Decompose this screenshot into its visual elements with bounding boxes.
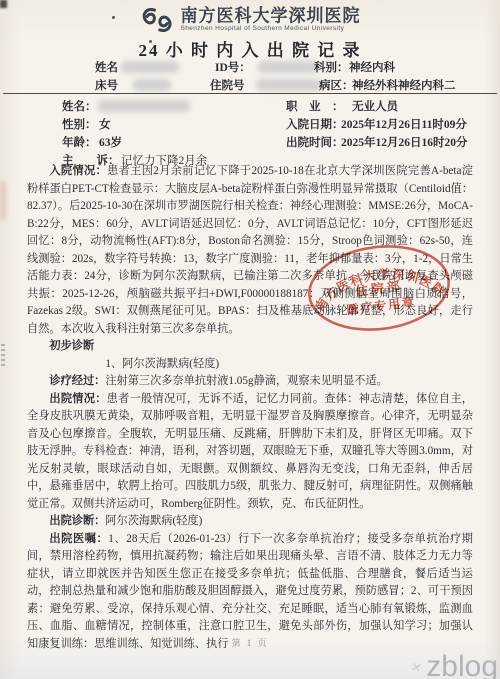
- ward-value: 神经外科神经内科二: [352, 77, 456, 93]
- redacted-inpatient-no-value: [256, 79, 322, 91]
- header-divider-line: [3, 93, 497, 94]
- discharge-record-document: 南方医科大学深圳医院 Shenzhen Hospital of Southern…: [0, 0, 500, 679]
- sex-value: 女: [99, 116, 111, 132]
- hospital-name-block: 南方医科大学深圳医院 Shenzhen Hospital of Southern…: [181, 6, 361, 33]
- course-line: 诊疗经过：注射第三次多奈单抗射液1.05g静滴，观察未见明显不适。: [27, 373, 473, 391]
- hospital-seal-stamp: 南方医科大学深圳医院 住院部 医疗专用章: [299, 232, 459, 344]
- bed-label: 床号: [95, 77, 118, 93]
- admission-date-value: 2025年12月26日11时09分: [341, 116, 467, 132]
- ward-label: 病区：: [319, 77, 354, 93]
- discharge-orders-text: 1、28天后（2026-01-23）行下一次多奈单抗治疗；接受多奈单抗治疗期间，…: [27, 533, 473, 650]
- discharge-diagnosis-line: 出院诊断：阿尔茨海默病(轻度): [27, 513, 473, 531]
- discharge-orders-paragraph: 出院医嘱：1、28天后（2026-01-23）行下一次多奈单抗治疗；接受多奈单抗…: [27, 531, 473, 654]
- watermark: ✕ zblog: [411, 652, 498, 679]
- redacted-id-value: [258, 61, 320, 73]
- admission-date-label: 入院日期：: [286, 116, 344, 132]
- admission-status-label: 入院情况：: [49, 165, 107, 177]
- discharge-status-label: 出院情况：: [49, 393, 106, 405]
- top-name-label: 姓名: [95, 59, 118, 75]
- redacted-patient-name: [98, 100, 190, 112]
- course-label: 诊疗经过：: [49, 375, 105, 387]
- page-number: 第 1 页: [0, 636, 500, 649]
- discharge-status-paragraph: 出院情况：患者一般情况可，无诉不适，记忆力同前。查体：神志清楚，体位自主，全身皮…: [27, 391, 473, 514]
- scan-edge-smudge: [0, 182, 6, 220]
- dept-value: 神经内科: [349, 59, 395, 75]
- hospital-logo-icon: [140, 6, 176, 34]
- redacted-name-value: [121, 61, 179, 73]
- scan-speck: [112, 16, 115, 19]
- redacted-bed-value: [133, 79, 171, 91]
- patient-name-label: 姓名：: [62, 98, 97, 114]
- sex-label: 性别：: [62, 116, 97, 132]
- document-title: 24 小 时 内 入 出 院 记 录: [0, 36, 500, 61]
- age-label: 年龄：: [62, 134, 97, 150]
- occupation-label: 职 业 ：: [286, 98, 344, 114]
- occupation-value: 无业人员: [352, 98, 398, 114]
- inpatient-no-label: 住院号: [210, 77, 245, 93]
- hospital-name-cn: 南方医科大学深圳医院: [181, 6, 361, 26]
- hospital-header: 南方医科大学深圳医院 Shenzhen Hospital of Southern…: [0, 6, 500, 34]
- age-value: 63岁: [99, 134, 122, 150]
- watermark-text: zblog: [426, 652, 498, 679]
- initial-diagnosis-heading: 初步诊断: [27, 338, 473, 356]
- watermark-cross-icon: ✕: [410, 660, 423, 675]
- dept-label: 科别：: [314, 59, 349, 75]
- discharge-diagnosis-value: 阿尔茨海默病(轻度): [105, 515, 202, 527]
- scan-speck: [149, 40, 152, 43]
- top-id-label: ID号：: [215, 59, 251, 75]
- discharge-diagnosis-label: 出院诊断：: [49, 515, 105, 527]
- scan-corner-mark: [0, 0, 7, 8]
- course-text: 注射第三次多奈单抗射液1.05g静滴，观察未见明显不适。: [105, 375, 388, 387]
- discharge-time-label: 出院时间：: [286, 134, 344, 150]
- initial-diagnosis-item: 1、阿尔茨海默病(轻度): [27, 356, 473, 374]
- discharge-time-value: 2025年12月26日16时20分: [341, 134, 468, 150]
- discharge-status-text: 患者一般情况可，无诉不适，记忆力同前。查体：神志清楚，体位自主，全身皮肤巩膜无黄…: [27, 393, 473, 510]
- discharge-orders-label: 出院医嘱：: [49, 533, 108, 545]
- hospital-name-en: Shenzhen Hospital of Southern Medical Un…: [181, 25, 345, 33]
- scan-edge-marks: [1, 344, 5, 368]
